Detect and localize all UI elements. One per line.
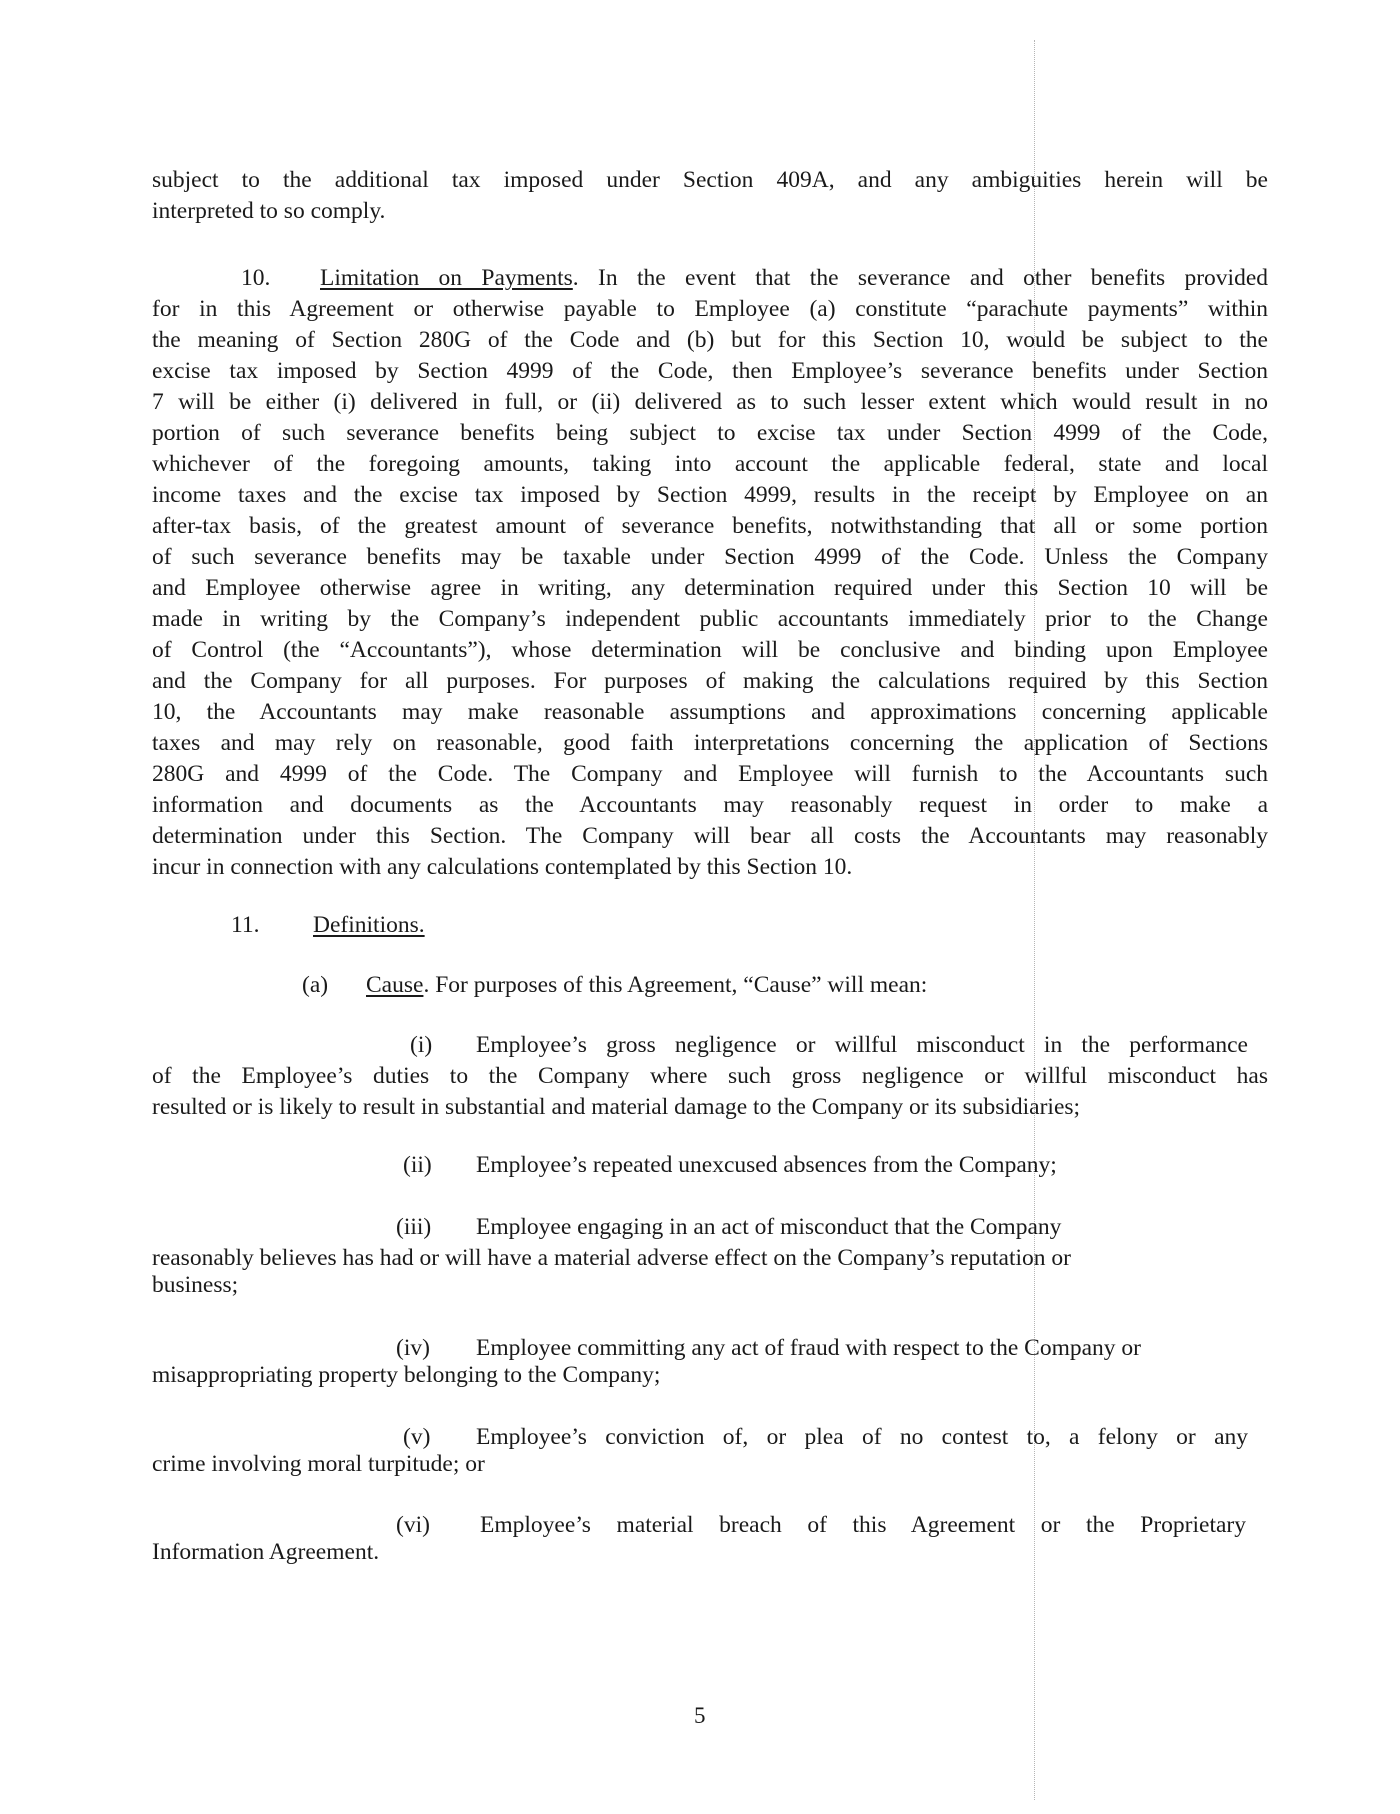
subsection-a-text: . For purposes of this Agreement, “Cause… (423, 972, 927, 998)
item-iv-line: misappropriating property belonging to t… (152, 1360, 1268, 1391)
section-10-line: excise tax imposed by Section 4999 of th… (152, 356, 1268, 387)
section-10-line: incur in connection with any calculation… (152, 852, 1268, 883)
section-10-line: 280G and 4999 of the Code. The Company a… (152, 759, 1268, 790)
section-11-title: Definitions. (313, 910, 425, 941)
item-iii-label: (iii) (396, 1212, 431, 1243)
item-v-line: crime involving moral turpitude; or (152, 1449, 1268, 1480)
intro-line: interpreted to so comply. (152, 196, 1268, 227)
document-page: subject to the additional tax imposed un… (0, 0, 1400, 1814)
item-ii-label: (ii) (403, 1150, 432, 1181)
item-i-label: (i) (410, 1030, 432, 1061)
section-10-line: whichever of the foregoing amounts, taki… (152, 449, 1268, 480)
section-10-line: and Employee otherwise agree in writing,… (152, 573, 1268, 604)
section-10-number: 10. (241, 263, 270, 294)
section-10-line: made in writing by the Company’s indepen… (152, 604, 1268, 635)
section-10-line: income taxes and the excise tax imposed … (152, 480, 1268, 511)
section-10-line: for in this Agreement or otherwise payab… (152, 294, 1268, 325)
subsection-a-label: (a) (302, 970, 328, 1001)
section-10-line: determination under this Section. The Co… (152, 821, 1268, 852)
item-vi-line: Information Agreement. (152, 1537, 1268, 1568)
item-i-line: of the Employee’s duties to the Company … (152, 1061, 1268, 1092)
item-iii-line: business; (152, 1270, 1268, 1301)
section-10-line: information and documents as the Account… (152, 790, 1268, 821)
section-10-line: and the Company for all purposes. For pu… (152, 666, 1268, 697)
item-i-line: resulted or is likely to result in subst… (152, 1092, 1268, 1123)
item-ii-text: Employee’s repeated unexcused absences f… (476, 1150, 1057, 1181)
section-10-line: taxes and may rely on reasonable, good f… (152, 728, 1268, 759)
section-10-line: of Control (the “Accountants”), whose de… (152, 635, 1268, 666)
section-10-line: after-tax basis, of the greatest amount … (152, 511, 1268, 542)
section-10-line: portion of such severance benefits being… (152, 418, 1268, 449)
section-10-line: 10, the Accountants may make reasonable … (152, 697, 1268, 728)
section-10-line: of such severance benefits may be taxabl… (152, 542, 1268, 573)
intro-line: subject to the additional tax imposed un… (152, 165, 1268, 196)
item-iii-first-line: Employee engaging in an act of misconduc… (476, 1212, 1061, 1243)
section-10-line: the meaning of Section 280G of the Code … (152, 325, 1268, 356)
section-10-line: 7 will be either (i) delivered in full, … (152, 387, 1268, 418)
section-11-number: 11. (231, 910, 260, 941)
item-i-first-line: Employee’s gross negligence or willful m… (476, 1030, 1248, 1061)
section-10-first-line: Limitation on Payments. In the event tha… (320, 263, 1268, 294)
page-number: 5 (694, 1700, 706, 1731)
section-10-title: Limitation on Payments (320, 265, 573, 291)
subsection-a-title: Cause (366, 972, 423, 998)
section-10-first-line-text: . In the event that the severance and ot… (573, 265, 1268, 291)
subsection-a-heading: Cause. For purposes of this Agreement, “… (366, 970, 927, 1001)
